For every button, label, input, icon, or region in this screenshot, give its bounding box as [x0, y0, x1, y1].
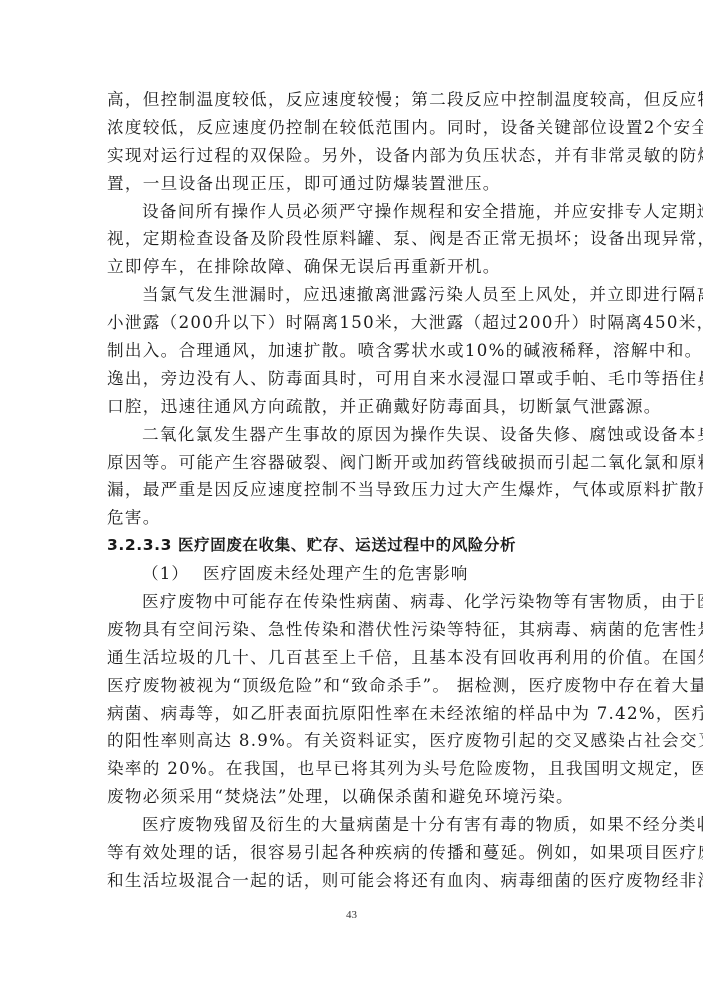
text-line: 通生活垃圾的几十、几百甚至上千倍，且基本没有回收再利用的价值。在国外， [107, 644, 599, 672]
text-line: 立即停车，在排除故障、确保无误后再重新开机。 [107, 253, 599, 281]
text-line: 病菌、病毒等，如乙肝表面抗原阳性率在未经浓缩的样品中为 7.42%，医疗废物 [107, 700, 599, 728]
paragraph: 医疗废物中可能存在传染性病菌、病毒、化学污染物等有害物质，由于医疗 废物具有空间… [107, 588, 599, 811]
paragraph: 高，但控制温度较低，反应速度较慢；第二段反应中控制温度较高，但反应物料 浓度较低… [107, 86, 599, 198]
text-line: 口腔，迅速往通风方向疏散，并正确戴好防毒面具，切断氯气泄露源。 [107, 393, 599, 421]
paragraph: 设备间所有操作人员必须严守操作规程和安全措施，并应安排专人定期巡 视，定期检查设… [107, 198, 599, 282]
text-line: 视，定期检查设备及阶段性原料罐、泵、阀是否正常无损坏；设备出现异常，应 [107, 225, 599, 253]
text-line: 废物必须采用“焚烧法”处理，以确保杀菌和避免环境污染。 [107, 783, 599, 811]
subheading-text: 医疗固废未经处理产生的危害影响 [203, 564, 468, 583]
page-number: 43 [0, 909, 703, 921]
text-line: 小泄露（200升以下）时隔离150米，大泄露（超过200升）时隔离450米，严格… [107, 309, 599, 337]
text-line: 和生活垃圾混合一起的话，则可能会将还有血肉、病毒细菌的医疗废物经非法收 [107, 867, 599, 895]
paragraph: 二氧化氯发生器产生事故的原因为操作失误、设备失修、腐蚀或设备本身的 原因等。可能… [107, 421, 599, 533]
subheading: （1）医疗固废未经处理产生的危害影响 [107, 560, 599, 588]
text-line: 浓度较低，反应速度仍控制在较低范围内。同时，设备关键部位设置2个安全阀， [107, 114, 599, 142]
text-line: 逸出，旁边没有人、防毒面具时，可用自来水浸湿口罩或手帕、毛巾等捂住鼻、 [107, 365, 599, 393]
text-line: 设备间所有操作人员必须严守操作规程和安全措施，并应安排专人定期巡 [107, 198, 599, 226]
text-line: 废物具有空间污染、急性传染和潜伏性污染等特征，其病毒、病菌的危害性是普 [107, 616, 599, 644]
text-line: 危害。 [107, 504, 599, 532]
section-heading: 3.2.3.3 医疗固废在收集、贮存、运送过程中的风险分析 [107, 532, 599, 560]
text-line: 漏，最严重是因反应速度控制不当导致压力过大产生爆炸，气体或原料扩散形成 [107, 476, 599, 504]
text-line: 高，但控制温度较低，反应速度较慢；第二段反应中控制温度较高，但反应物料 [107, 86, 599, 114]
paragraph: 医疗废物残留及衍生的大量病菌是十分有害有毒的物质，如果不经分类收集 等有效处理的… [107, 811, 599, 895]
text-line: 实现对运行过程的双保险。另外，设备内部为负压状态，并有非常灵敏的防爆装 [107, 142, 599, 170]
text-line: 等有效处理的话，很容易引起各种疾病的传播和蔓延。例如，如果项目医疗废物 [107, 839, 599, 867]
text-line: 医疗废物中可能存在传染性病菌、病毒、化学污染物等有害物质，由于医疗 [107, 588, 599, 616]
text-line: 制出入。合理通风，加速扩散。喷含雾状水或10%的碱液稀释，溶解中和。氯气 [107, 337, 599, 365]
text-line: 置，一旦设备出现正压，即可通过防爆装置泄压。 [107, 170, 599, 198]
document-page: 高，但控制温度较低，反应速度较慢；第二段反应中控制温度较高，但反应物料 浓度较低… [107, 86, 599, 895]
text-line: 医疗废物被视为“顶级危险”和“致命杀手”。 据检测，医疗废物中存在着大量的 [107, 672, 599, 700]
text-line: 二氧化氯发生器产生事故的原因为操作失误、设备失修、腐蚀或设备本身的 [107, 421, 599, 449]
paragraph: 当氯气发生泄漏时，应迅速撤离泄露污染人员至上风处，并立即进行隔离， 小泄露（20… [107, 281, 599, 420]
text-line: 原因等。可能产生容器破裂、阀门断开或加药管线破损而引起二氧化氯和原料泄 [107, 449, 599, 477]
text-line: 染率的 20%。在我国，也早已将其列为头号危险废物，且我国明文规定，医疗 [107, 755, 599, 783]
text-line: 医疗废物残留及衍生的大量病菌是十分有害有毒的物质，如果不经分类收集 [107, 811, 599, 839]
text-line: 当氯气发生泄漏时，应迅速撤离泄露污染人员至上风处，并立即进行隔离， [107, 281, 599, 309]
text-line: 的阳性率则高达 8.9%。有关资料证实，医疗废物引起的交叉感染占社会交叉感 [107, 727, 599, 755]
subheading-number: （1） [142, 564, 189, 583]
